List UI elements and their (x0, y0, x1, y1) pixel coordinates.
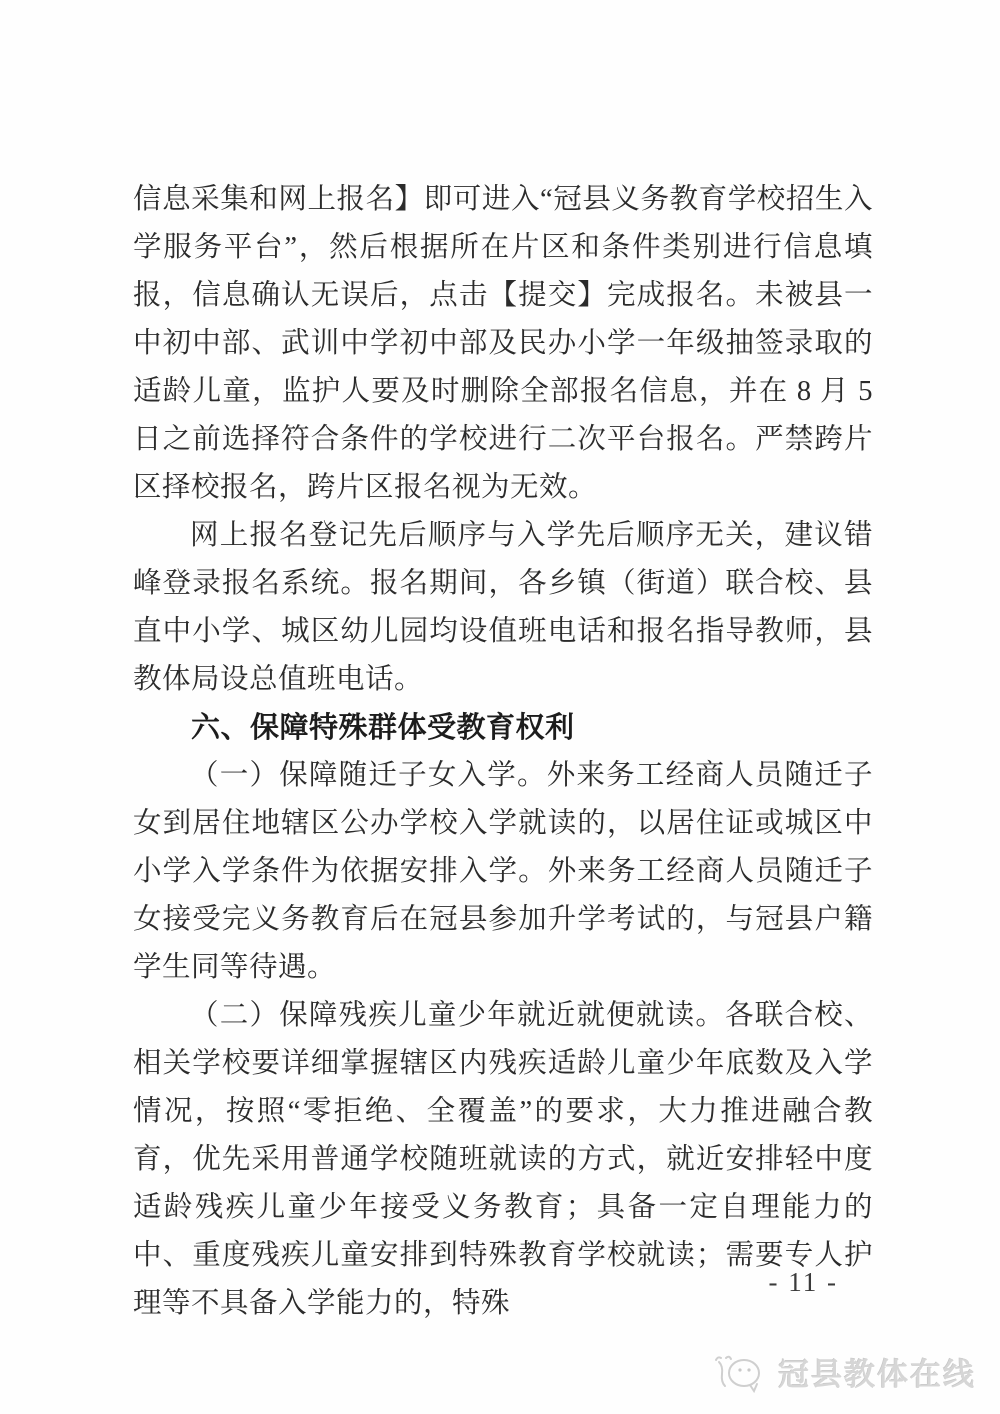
mascot-chick-icon (710, 1346, 772, 1396)
body-paragraph: 信息采集和网上报名】即可进入“冠县义务教育学校招生入学服务平台”，然后根据所在片… (133, 176, 873, 512)
footer-watermark: 冠县教体在线 (710, 1346, 976, 1396)
body-paragraph: 网上报名登记先后顺序与入学先后顺序无关，建议错峰登录报名系统。报名期间，各乡镇（… (133, 512, 873, 704)
page-number: - 11 - (769, 1266, 838, 1298)
body-paragraph: （一）保障随迁子女入学。外来务工经商人员随迁子女到居住地辖区公办学校入学就读的，… (133, 752, 873, 992)
section-heading: 六、保障特殊群体受教育权利 (133, 704, 873, 752)
document-page: 信息采集和网上报名】即可进入“冠县义务教育学校招生入学服务平台”，然后根据所在片… (0, 0, 1000, 1414)
watermark-text: 冠县教体在线 (778, 1349, 976, 1394)
document-body: 信息采集和网上报名】即可进入“冠县义务教育学校招生入学服务平台”，然后根据所在片… (133, 176, 873, 1328)
body-paragraph: （二）保障残疾儿童少年就近就便就读。各联合校、相关学校要详细掌握辖区内残疾适龄儿… (133, 992, 873, 1328)
